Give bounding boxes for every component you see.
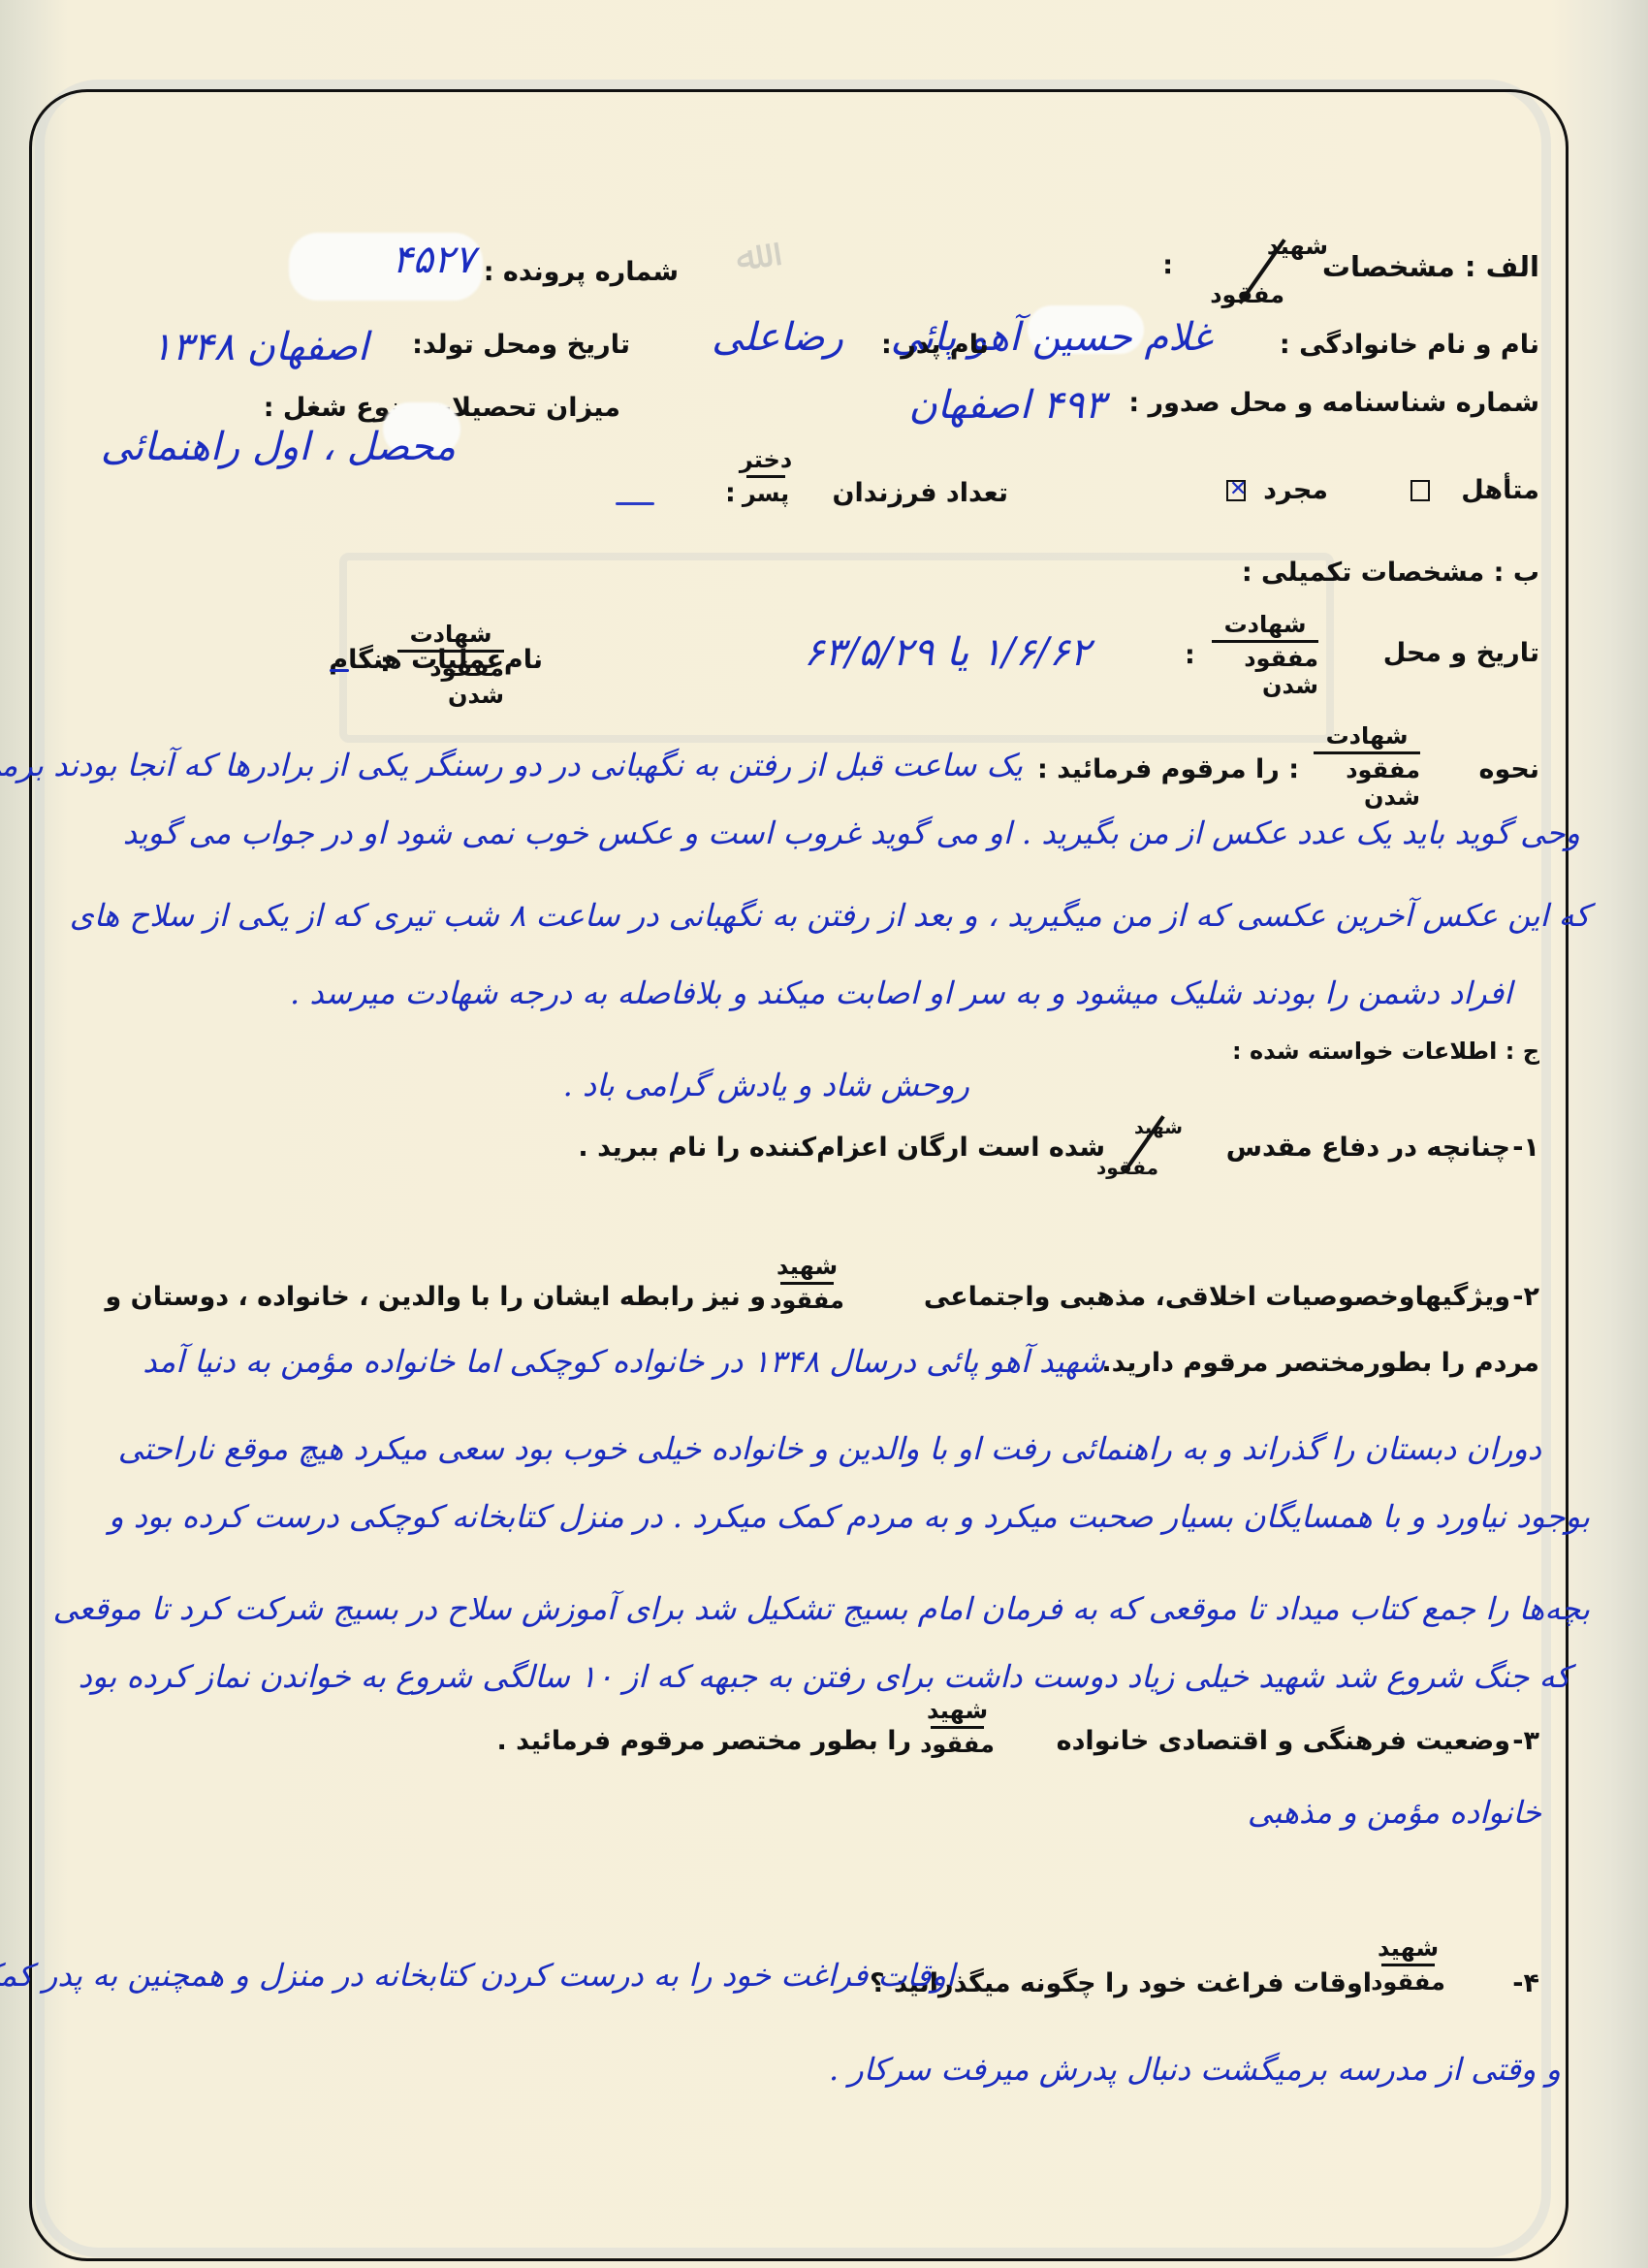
date-place-value: ۱/۶/۶۲ یا ۶۳/۵/۲۹ <box>804 630 1091 675</box>
operation-fraction: شهادت مفقود شدن <box>397 621 504 709</box>
missing-word: مفقود <box>1210 281 1284 308</box>
q4-answer-line: و وقتی از مدرسه برمیگشت دنبال پدرش میرفت… <box>829 2051 1561 2088</box>
father-name-label: نام پدر : <box>881 330 989 360</box>
married-label: متأهل <box>1461 475 1539 505</box>
q4-fraction: شهید مفقود <box>1381 1934 1435 1996</box>
single-checkbox[interactable] <box>1226 480 1246 501</box>
education-value: محصل ، اول راهنمائی <box>101 425 456 469</box>
martyrdom-word: شهادت <box>1326 722 1409 750</box>
q1-text-before: چنانچه در دفاع مقدس <box>1226 1133 1510 1163</box>
q4-answer-line: اوقات فراغت خود را به درست کردن کتابخانه… <box>0 1957 955 1994</box>
birth-date-place-value: اصفهان ۱۳۴۸ <box>151 325 368 369</box>
manner-prefix: نحوه <box>1479 754 1539 784</box>
martyr-word: شهید <box>776 1253 838 1280</box>
father-name-value: رضاعلی <box>712 315 843 360</box>
operation-colon: : <box>380 648 391 678</box>
manner-answer-line: افراد دشمن را بودند شلیک میشود و به سر ا… <box>290 974 1512 1011</box>
children-colon: : <box>725 478 736 508</box>
martyr-word: شهید <box>1378 1934 1439 1962</box>
q4-number: ۴- <box>1512 1968 1539 1998</box>
q2-answer-line: که جنگ شروع شد شهید خیلی زیاد دوست داشت … <box>79 1658 1570 1695</box>
section-b-title: ب : مشخصات تکمیلی : <box>1242 558 1539 588</box>
q2-number: ۲- <box>1512 1282 1539 1312</box>
date-place-colon: : <box>1185 640 1195 670</box>
manner-answer-line: وحی گوید باید یک عدد عکس از من بگیرید . … <box>123 815 1580 851</box>
daughter-word: دختر <box>740 446 792 473</box>
file-number-label: شماره پرونده : <box>484 257 679 287</box>
date-place-label: تاریخ و محل <box>1383 638 1539 668</box>
q2-text-before: ویژگیهاوخصوصیات اخلاقی، مذهبی واجتماعی <box>924 1282 1510 1312</box>
q2-answer-line: دوران دبستان را گذراند و به راهنمائی رفت… <box>118 1430 1541 1467</box>
fraction-bar <box>1381 1964 1435 1966</box>
martyrdom-missing-fraction: شهادت مفقود شدن <box>1212 611 1318 699</box>
name-label: نام و نام خانوادگی : <box>1280 330 1539 360</box>
q2-answer-line: بچه‌ها را جمع کتاب میداد تا موقعی که به … <box>53 1590 1590 1627</box>
section-c-title: ج : اطلاعات خواسته شده : <box>1232 1038 1539 1065</box>
missing-word: مفقود شدن <box>1314 756 1420 811</box>
missing-word: مفقود <box>920 1731 995 1758</box>
manner-answer-line: یک ساعت قبل از رفتن به نگهبانی در دو رسن… <box>0 747 1023 783</box>
children-fraction: دختر پسر <box>746 446 785 507</box>
missing-word: مفقود شدن <box>1212 645 1318 699</box>
missing-word: مفقود <box>1096 1156 1158 1179</box>
manner-answer-line: روحش شاد و یادش گرامی باد . <box>563 1067 969 1103</box>
q3-number: ۳- <box>1512 1726 1539 1756</box>
file-number-value: ۴۵۲۷ <box>392 238 475 282</box>
children-label: تعداد فرزندان <box>832 478 1008 508</box>
q2-answer-line: بوجود نیاورد و با همسایگان بسیار صحبت می… <box>109 1498 1590 1535</box>
q2-text-line2: مردم را بطورمختصر مرقوم دارید. <box>1101 1348 1539 1378</box>
son-word: پسر <box>743 480 789 507</box>
fraction-bar <box>746 475 785 478</box>
q3-answer: خانواده مؤمن و مذهبی <box>1248 1794 1541 1831</box>
fraction-bar <box>1212 640 1318 643</box>
q3-fraction: شهید مفقود <box>931 1697 984 1758</box>
birth-date-place-label: تاریخ ومحل تولد: <box>412 330 630 360</box>
children-value-dash <box>616 502 654 505</box>
operation-value-dash <box>330 669 349 672</box>
q2-text-after: و نیز رابطه ایشان را با والدین ، خانواده… <box>106 1282 767 1312</box>
martyrdom-word: شهادت <box>1224 611 1307 638</box>
q2-answer-line: شهید آهو پائی درسال ۱۳۴۸ در خانواده کوچک… <box>143 1343 1105 1380</box>
section-a-title: الف : مشخصات <box>1322 250 1539 283</box>
q3-text-before: وضعیت فرهنگی و اقتصادی خانواده <box>1057 1726 1510 1756</box>
q1-number: ۱- <box>1512 1133 1539 1163</box>
fraction-bar <box>780 1282 834 1285</box>
q3-text-after: را بطور مختصر مرقوم فرمائید . <box>496 1726 911 1756</box>
fraction-bar <box>397 650 504 653</box>
manner-fraction: شهادت مفقود شدن <box>1314 722 1420 811</box>
martyrdom-word: شهادت <box>410 621 492 648</box>
q2-fraction: شهید مفقود <box>780 1253 834 1314</box>
single-label: مجرد <box>1263 475 1328 505</box>
fraction-bar <box>1314 751 1420 754</box>
id-number-label: شماره شناسنامه و محل صدور : <box>1128 388 1539 418</box>
fraction-bar <box>931 1726 984 1729</box>
married-checkbox[interactable] <box>1410 480 1430 501</box>
missing-word: مفقود <box>1371 1968 1445 1996</box>
manner-suffix: : را مرقوم فرمائید : <box>1037 754 1299 784</box>
missing-word: مفقود شدن <box>397 655 504 709</box>
martyr-word: شهید <box>927 1697 988 1724</box>
section-a-colon: : <box>1162 250 1173 280</box>
id-number-value: ۴۹۳ اصفهان <box>909 383 1105 428</box>
manner-answer-line: که این عکس آخرین عکسی که از من میگیرید ،… <box>70 897 1590 934</box>
missing-word: مفقود <box>770 1287 844 1314</box>
q1-text-after: شده است ارگان اعزام‌کننده را نام ببرید . <box>578 1133 1105 1163</box>
